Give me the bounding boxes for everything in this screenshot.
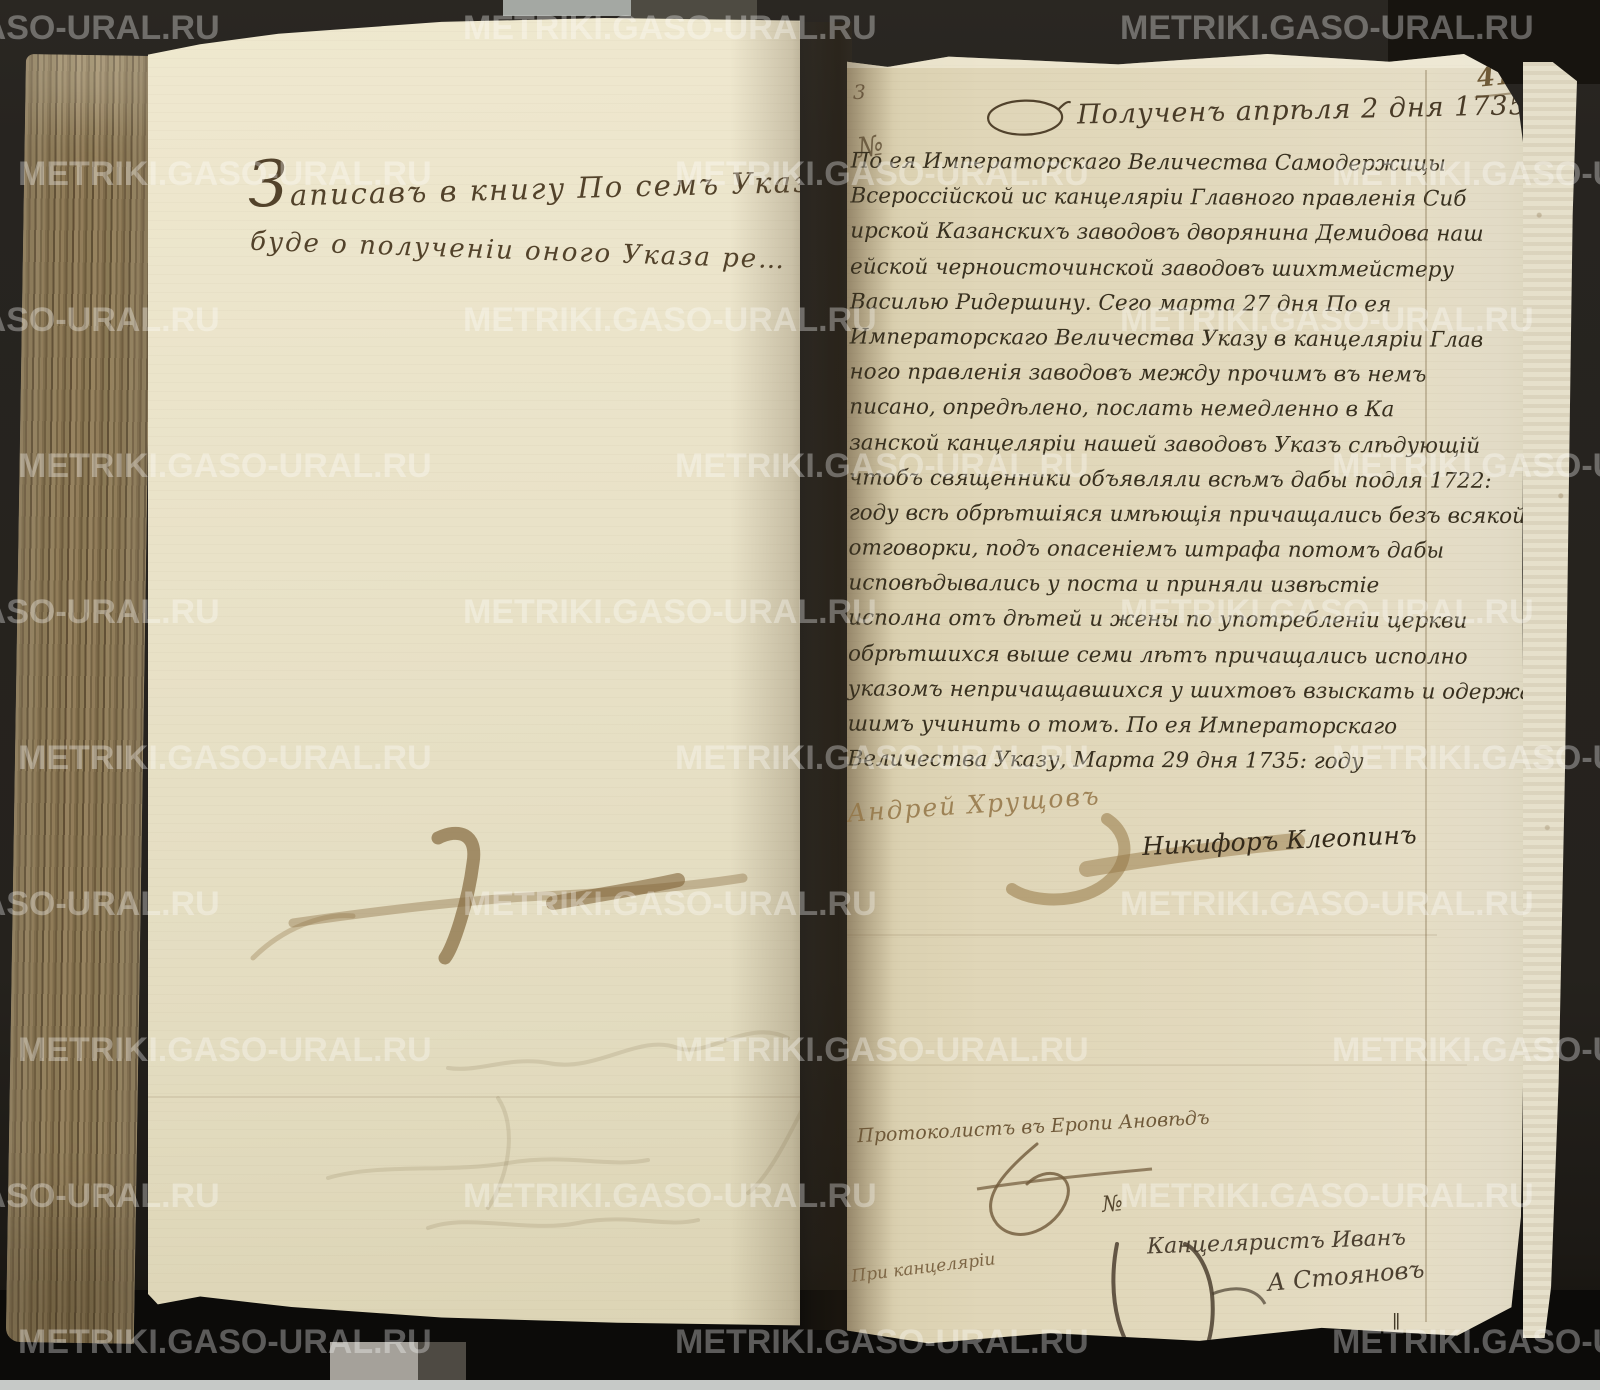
- paper-crease: [847, 1064, 1467, 1066]
- registry-note-line-2: буде о полученіи оного Указа ре…: [250, 227, 787, 276]
- header-oval-flourish: [985, 93, 1072, 139]
- manuscript-line-11: году всѣ обрѣтшіяся имѣющія причащались …: [849, 500, 1437, 538]
- ink-bleed-smudge: [223, 808, 783, 998]
- manuscript-line-15: обрѣтшихся выше семи лѣтъ причащались ис…: [848, 641, 1436, 679]
- manuscript-line-13: исповѣдывались у поста и приняли извѣсті…: [848, 571, 1436, 609]
- manuscript-line-14: исполна отъ дѣтей и жены по употребленіи…: [848, 606, 1436, 644]
- manuscript-body: По ея Императорскаго Величества Самодерж…: [847, 148, 1438, 784]
- manuscript-line-6: Императорскаго Величества Указу в канцел…: [850, 324, 1438, 362]
- book-right-page: 3 № Полученъ апрѣля 2 дня 1735 году По е…: [847, 54, 1525, 1346]
- corner-numeral: 3: [853, 80, 866, 104]
- manuscript-line-18: Величества Указу, Марта 29 дня 1735: год…: [847, 747, 1435, 785]
- signature-clerk-2: А Стояновъ: [1266, 1255, 1425, 1297]
- book-left-page: Записавъ в книгу По семъ Указъ б… буде о…: [148, 18, 800, 1328]
- numero-mark-2: №: [1101, 1191, 1124, 1218]
- paper-crease: [148, 1096, 800, 1098]
- manuscript-line-1: По ея Императорскаго Величества Самодерж…: [850, 148, 1438, 186]
- manuscript-line-4: ейской черноисточинской заводовъ шихтмей…: [850, 254, 1438, 292]
- archival-scan: Записавъ в книгу По семъ Указъ б… буде о…: [0, 0, 1600, 1390]
- scanner-edge-strip: [0, 1380, 1600, 1390]
- scanner-tab-light: [503, 0, 631, 16]
- book-fore-edge-right: [1523, 62, 1577, 1338]
- page-bottom-ticks: ∥: [1392, 1312, 1400, 1333]
- book-page-edges-left: [6, 54, 154, 1344]
- manuscript-line-3: ирской Казанскихъ заводовъ дворянина Дем…: [850, 219, 1438, 257]
- manuscript-line-10: чтобъ священники объявляли всѣмъ дабы по…: [849, 465, 1437, 503]
- manuscript-line-2: Всероссійской ис канцеляріи Главного пра…: [850, 184, 1438, 222]
- manuscript-line-12: отговорки, подъ опасеніемъ штрафа потомъ…: [848, 536, 1436, 574]
- paper-crease: [847, 934, 1437, 936]
- book-gutter: [792, 22, 852, 1330]
- scanner-patch-light: [330, 1342, 418, 1382]
- received-header-text: Полученъ апрѣля 2 дня 1735 году: [1077, 88, 1600, 130]
- manuscript-line-17: шимъ учинить о томъ. По ея Императорскаг…: [848, 711, 1436, 749]
- manuscript-line-9: занской канцеляріи нашей заводовъ Указъ …: [849, 430, 1437, 468]
- manuscript-line-7: ного правленія заводовъ между прочимъ въ…: [849, 360, 1437, 398]
- margin-rule: [1425, 70, 1427, 1322]
- manuscript-line-16: указомъ непричащавшихся у шихтовъ взыска…: [848, 676, 1436, 714]
- watermark-text: METRIKI.GASO-URAL.RU: [0, 8, 220, 48]
- manuscript-line-5: Василью Ридершину. Сего марта 27 дня По …: [850, 289, 1438, 327]
- manuscript-line-8: писано, опредѣлено, послать немедленно в…: [849, 395, 1437, 433]
- scanner-patch-dark: [418, 1342, 466, 1382]
